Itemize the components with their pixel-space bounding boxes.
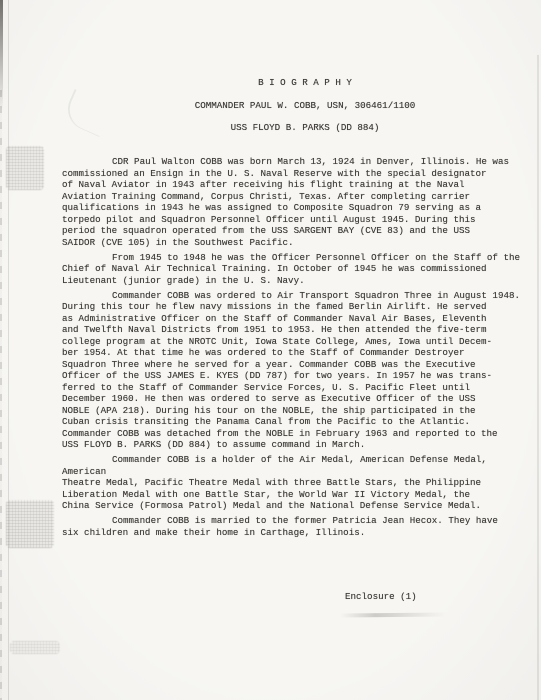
bio-paragraph-medals: Commander COBB is a holder of the Air Me… <box>62 454 524 512</box>
enclosure-label: Enclosure (1) <box>345 591 417 602</box>
page-edge-line-left <box>8 0 9 700</box>
scan-smudge-upper-left <box>6 146 44 190</box>
officer-name-line: COMMANDER PAUL W. COBB, USN, 306461/1100 <box>70 100 540 111</box>
ship-assignment-line: USS FLOYD B. PARKS (DD 884) <box>70 122 540 133</box>
biography-heading: B I O G R A P H Y <box>70 77 540 88</box>
page-edge-line-right <box>537 55 539 700</box>
scanned-biography-page: B I O G R A P H Y COMMANDER PAUL W. COBB… <box>0 0 541 700</box>
bio-paragraph-commands: Commander COBB was ordered to Air Transp… <box>62 290 524 451</box>
bio-paragraph-1945-1948: From 1945 to 1948 he was the Officer Per… <box>62 252 524 287</box>
bio-paragraph-family: Commander COBB is married to the former … <box>62 515 524 538</box>
scan-smudge-bottom-left <box>10 641 60 654</box>
scan-smudge-lower-left <box>6 500 54 548</box>
scan-edge-dashes-left <box>0 90 2 700</box>
bio-paragraph-early-career: CDR Paul Walton COBB was born March 13, … <box>62 156 524 248</box>
faint-pencil-streak <box>340 612 446 617</box>
biography-body: CDR Paul Walton COBB was born March 13, … <box>62 156 524 542</box>
